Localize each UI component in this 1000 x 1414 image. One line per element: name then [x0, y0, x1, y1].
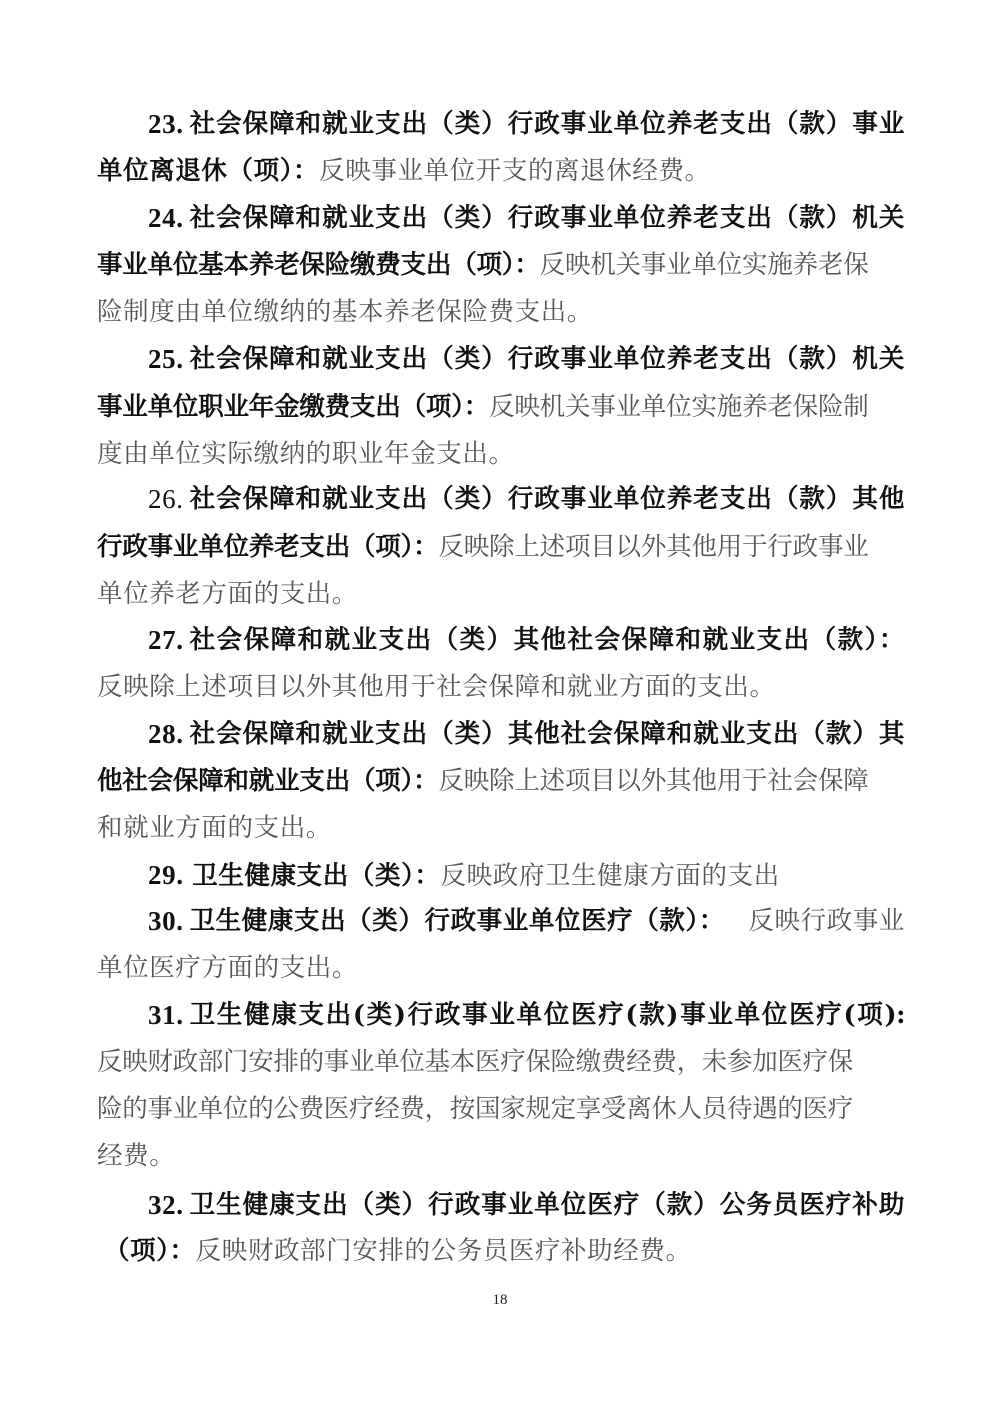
entry-heading: （项）：: [104, 1236, 196, 1266]
entry-27-line-2: 反映除上述项目以外其他用于社会保障和就业方面的支出。: [97, 667, 905, 707]
entry-31-line-3: 险的事业单位的公费医疗经费，按国家规定享受离休人员待遇的医疗: [97, 1089, 905, 1129]
entry-heading: 卫生健康支出（类）：: [192, 861, 440, 891]
entry-heading: 他社会保障和就业支出（项）：: [97, 766, 438, 796]
entry-number: 32.: [148, 1185, 184, 1225]
entry-description: 反映事业单位开支的离退休经费。: [319, 156, 711, 186]
entry-heading: 单位离退休（项）：: [97, 156, 319, 186]
entry-description: 反映财政部门安排的公务员医疗补助经费。: [196, 1236, 692, 1266]
entry-24-line-2: 事业单位基本养老保险缴费支出（项）：反映机关事业单位实施养老保: [97, 245, 905, 285]
entry-heading: 社会保障和就业支出（类）行政事业单位养老支出（款）事业: [190, 104, 905, 144]
entry-heading: 事业单位基本养老保险缴费支出（项）：: [97, 250, 540, 280]
entry-32-line-1: 32. 卫生健康支出（类）行政事业单位医疗（款）公务员医疗补助: [148, 1185, 905, 1225]
entry-29-line-1: 29. 卫生健康支出（类）：反映政府卫生健康方面的支出: [148, 855, 905, 895]
entry-24-line-1: 24. 社会保障和就业支出（类）行政事业单位养老支出（款）机关: [148, 198, 905, 238]
entry-heading: 社会保障和就业支出（类）其他社会保障和就业支出（款）其: [190, 714, 905, 754]
entry-31-line-4: 经费。: [97, 1136, 905, 1176]
entry-heading: 卫生健康支出（类）行政事业单位医疗（款）公务员医疗补助: [190, 1185, 905, 1225]
entry-description: 和就业方面的支出。: [97, 813, 332, 843]
entry-24-line-3: 险制度由单位缴纳的基本养老保险费支出。: [97, 292, 905, 332]
entry-number: 29.: [148, 860, 184, 890]
entry-25-line-3: 度由单位实际缴纳的职业年金支出。: [97, 434, 905, 474]
entry-28-line-2: 他社会保障和就业支出（项）：反映除上述项目以外其他用于社会保障: [97, 761, 905, 801]
entry-number: 30.: [148, 901, 184, 941]
entry-description: 单位医疗方面的支出。: [97, 953, 358, 983]
entry-31-line-2: 反映财政部门安排的事业单位基本医疗保险缴费经费，未参加医疗保: [97, 1042, 905, 1082]
entry-number: 24.: [148, 198, 184, 238]
entry-23-line-1: 23. 社会保障和就业支出（类）行政事业单位养老支出（款）事业: [148, 104, 905, 144]
entry-number: 26.: [148, 479, 184, 519]
entry-number: 23.: [148, 104, 184, 144]
entry-description: 度由单位实际缴纳的职业年金支出。: [97, 439, 515, 469]
entry-heading: 社会保障和就业支出（类）其他社会保障和就业支出（款）：: [190, 620, 905, 660]
entry-description: 单位养老方面的支出。: [97, 579, 358, 609]
entry-heading: 卫生健康支出(类)行政事业单位医疗(款)事业单位医疗(项):: [190, 995, 905, 1035]
entry-description: 反映除上述项目以外其他用于社会保障: [438, 766, 868, 796]
page-number: 18: [0, 1292, 1000, 1309]
entry-30-line-2: 单位医疗方面的支出。: [97, 948, 905, 988]
entry-number: 25.: [148, 339, 184, 379]
entry-description: 反映行政事业: [748, 901, 905, 941]
entry-description: 反映除上述项目以外其他用于社会保障和就业方面的支出。: [97, 672, 776, 702]
entry-heading: 事业单位职业年金缴费支出（项）：: [97, 392, 489, 422]
entry-number: 27.: [148, 620, 184, 660]
entry-28-line-1: 28. 社会保障和就业支出（类）其他社会保障和就业支出（款）其: [148, 714, 905, 754]
entry-heading: 卫生健康支出（类）行政事业单位医疗（款）：: [190, 901, 725, 941]
entry-30-line-1: 30. 卫生健康支出（类）行政事业单位医疗（款）：反映行政事业: [148, 901, 905, 941]
entry-23-line-2: 单位离退休（项）：反映事业单位开支的离退休经费。: [97, 151, 905, 191]
entry-description: 反映机关事业单位实施养老保: [540, 250, 869, 280]
entry-description: 反映机关事业单位实施养老保险制: [489, 392, 869, 422]
entry-27-line-1: 27. 社会保障和就业支出（类）其他社会保障和就业支出（款）：: [148, 620, 905, 660]
entry-description: 反映政府卫生健康方面的支出: [441, 861, 780, 891]
entry-heading: 行政事业单位养老支出（项）：: [97, 532, 438, 562]
entry-description: 反映财政部门安排的事业单位基本医疗保险缴费经费，未参加医疗保: [97, 1047, 853, 1077]
entry-30-line-1-text: 卫生健康支出（类）行政事业单位医疗（款）：反映行政事业: [190, 901, 905, 941]
entry-26-line-2: 行政事业单位养老支出（项）：反映除上述项目以外其他用于行政事业: [97, 527, 905, 567]
entry-number: 31.: [148, 995, 184, 1035]
entry-description: 险制度由单位缴纳的基本养老保险费支出。: [97, 297, 593, 327]
entry-heading: 社会保障和就业支出（类）行政事业单位养老支出（款）机关: [190, 339, 905, 379]
entry-32-line-2: （项）：反映财政部门安排的公务员医疗补助经费。: [104, 1231, 912, 1271]
entry-heading: 社会保障和就业支出（类）行政事业单位养老支出（款）其他: [190, 479, 905, 519]
entry-heading: 社会保障和就业支出（类）行政事业单位养老支出（款）机关: [190, 198, 905, 238]
document-page: 23. 社会保障和就业支出（类）行政事业单位养老支出（款）事业 单位离退休（项）…: [0, 0, 1000, 1414]
entry-26-line-1: 26. 社会保障和就业支出（类）行政事业单位养老支出（款）其他: [148, 479, 905, 519]
entry-26-line-3: 单位养老方面的支出。: [97, 574, 905, 614]
entry-28-line-3: 和就业方面的支出。: [97, 808, 905, 848]
entry-number: 28.: [148, 714, 184, 754]
entry-31-line-1: 31. 卫生健康支出(类)行政事业单位医疗(款)事业单位医疗(项):: [148, 995, 905, 1035]
entry-25-line-1: 25. 社会保障和就业支出（类）行政事业单位养老支出（款）机关: [148, 339, 905, 379]
entry-description: 经费。: [97, 1141, 175, 1171]
entry-description: 险的事业单位的公费医疗经费，按国家规定享受离休人员待遇的医疗: [97, 1094, 853, 1124]
entry-description: 反映除上述项目以外其他用于行政事业: [438, 532, 868, 562]
entry-25-line-2: 事业单位职业年金缴费支出（项）：反映机关事业单位实施养老保险制: [97, 387, 905, 427]
